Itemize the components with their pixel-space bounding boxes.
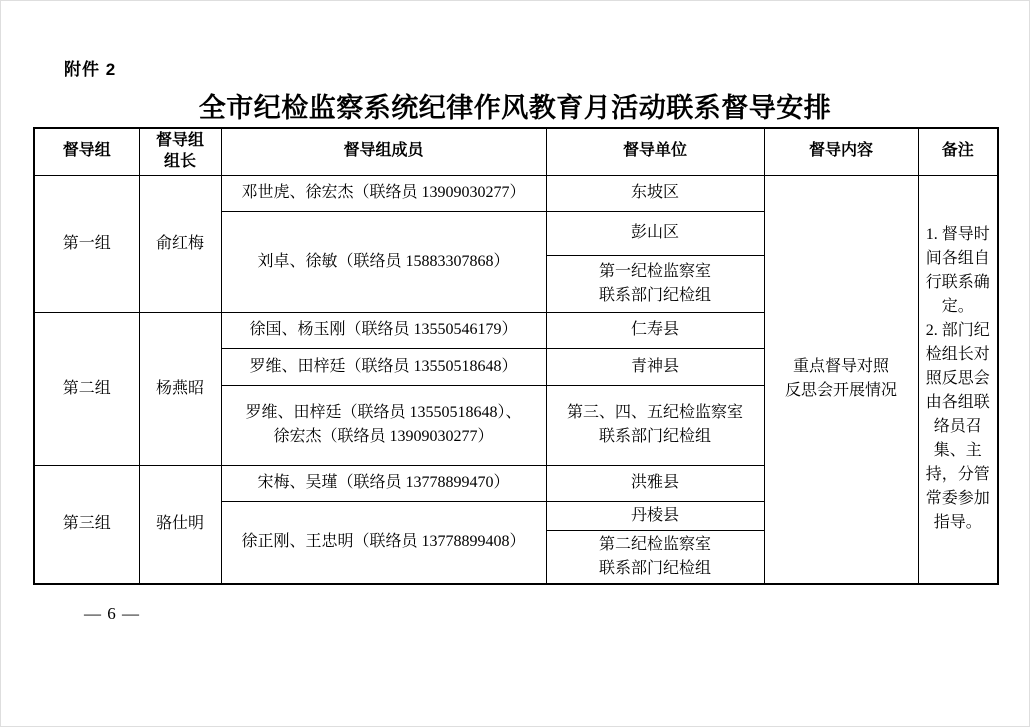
unit-cell: 第三、四、五纪检监察室 联系部门纪检组 (546, 385, 764, 465)
table-row: 第一组 俞红梅 邓世虎、徐宏杰（联络员 13909030277） 东坡区 重点督… (34, 175, 998, 211)
document-title: 全市纪检监察系统纪律作风教育月活动联系督导安排 (0, 86, 1030, 125)
members-cell: 罗维、田梓廷（联络员 13550518648） (221, 348, 546, 385)
group-name-cell: 第三组 (34, 465, 139, 584)
members-cell: 徐国、杨玉刚（联络员 13550546179） (221, 312, 546, 348)
header-leader: 督导组 组长 (139, 128, 221, 175)
group-name-cell: 第一组 (34, 175, 139, 312)
members-cell: 徐正刚、王忠明（联络员 13778899408） (221, 501, 546, 584)
unit-cell: 仁寿县 (546, 312, 764, 348)
group-leader-cell: 俞红梅 (139, 175, 221, 312)
attachment-label: 附件 2 (64, 55, 116, 80)
group-name-cell: 第二组 (34, 312, 139, 465)
supervision-table: 督导组 督导组 组长 督导组成员 督导单位 督导内容 备注 第一组 俞红梅 邓世… (33, 127, 999, 585)
unit-cell: 青神县 (546, 348, 764, 385)
header-members: 督导组成员 (221, 128, 546, 175)
content-cell: 重点督导对照 反思会开展情况 (764, 175, 918, 584)
group-leader-cell: 骆仕明 (139, 465, 221, 584)
page-number: — 6 — (84, 604, 140, 624)
document-page: 附件 2 全市纪检监察系统纪律作风教育月活动联系督导安排 督导组 督导组 组长 … (0, 0, 1030, 727)
members-cell: 宋梅、吴瑾（联络员 13778899470） (221, 465, 546, 501)
header-remarks: 备注 (918, 128, 998, 175)
header-content: 督导内容 (764, 128, 918, 175)
table-header-row: 督导组 督导组 组长 督导组成员 督导单位 督导内容 备注 (34, 128, 998, 175)
remarks-cell: 1. 督导时间各组自行联系确定。 2. 部门纪检组长对照反思会由各组联络员召集、… (918, 175, 998, 584)
header-group: 督导组 (34, 128, 139, 175)
unit-cell: 第一纪检监察室 联系部门纪检组 (546, 255, 764, 312)
unit-cell: 彭山区 (546, 211, 764, 255)
members-cell: 刘卓、徐敏（联络员 15883307868） (221, 211, 546, 312)
members-cell: 罗维、田梓廷（联络员 13550518648）、 徐宏杰（联络员 1390903… (221, 385, 546, 465)
members-cell: 邓世虎、徐宏杰（联络员 13909030277） (221, 175, 546, 211)
unit-cell: 洪雅县 (546, 465, 764, 501)
unit-cell: 第二纪检监察室 联系部门纪检组 (546, 530, 764, 584)
unit-cell: 东坡区 (546, 175, 764, 211)
group-leader-cell: 杨燕昭 (139, 312, 221, 465)
header-unit: 督导单位 (546, 128, 764, 175)
unit-cell: 丹棱县 (546, 501, 764, 530)
